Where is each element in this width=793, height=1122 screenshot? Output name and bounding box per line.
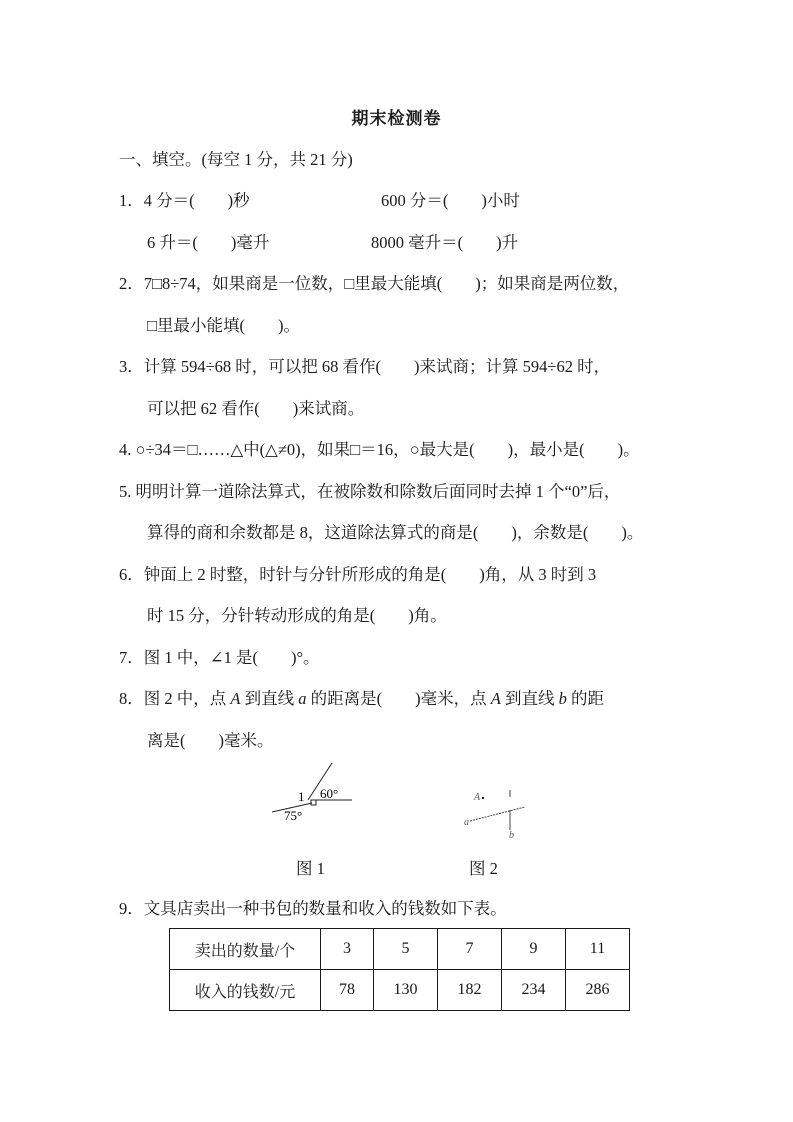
q5-line1: 5. 明明计算一道除法算式，在被除数和除数后面同时去掉 1 个“0”后， bbox=[119, 482, 620, 502]
point-a-dot bbox=[482, 797, 484, 799]
table-cell: 5 bbox=[374, 929, 438, 970]
table-cell: 78 bbox=[321, 970, 374, 1011]
figure-1-caption: 图 1 bbox=[296, 855, 325, 879]
q6-line1: 6．钟面上 2 时整，时针与分针所形成的角是( )角，从 3 时到 3 bbox=[119, 565, 596, 585]
q8-text: 到直线 bbox=[501, 689, 559, 708]
point-a-label: A bbox=[491, 689, 501, 708]
table-cell: 130 bbox=[374, 970, 438, 1011]
q8-line1: 8．图 2 中，点 A 到直线 a 的距离是( )毫米，点 A 到直线 b 的距 bbox=[119, 689, 604, 709]
q1-part-d: 8000 毫升＝( )升 bbox=[371, 233, 518, 253]
figure-1-angle-diagram: 1 60° 75° bbox=[260, 760, 370, 830]
table-row: 卖出的数量/个 3 5 7 9 11 bbox=[170, 929, 630, 970]
line-b-label: b bbox=[559, 689, 567, 708]
page-title: 期末检测卷 bbox=[0, 104, 793, 129]
table-cell: 7 bbox=[438, 929, 502, 970]
q9-line1: 9．文具店卖出一种书包的数量和收入的钱数如下表。 bbox=[119, 899, 507, 919]
table-cell: 3 bbox=[321, 929, 374, 970]
q7-line1: 7．图 1 中，∠1 是( )°。 bbox=[119, 648, 320, 668]
figure-2-lines-diagram: A a b bbox=[450, 780, 540, 840]
table-row: 收入的钱数/元 78 130 182 234 286 bbox=[170, 970, 630, 1011]
q2-line2: □里最小能填( )。 bbox=[147, 316, 300, 336]
section-heading: 一、填空。(每空 1 分，共 21 分) bbox=[119, 150, 353, 170]
q4-line1: 4. ○÷34＝□……△中(△≠0)，如果□＝16，○最大是( )，最小是( )… bbox=[119, 440, 640, 460]
q1-part-a: 1．4 分＝( )秒 bbox=[119, 191, 250, 211]
q3-line1: 3．计算 594÷68 时，可以把 68 看作( )来试商；计算 594÷62 … bbox=[119, 357, 610, 377]
table-cell: 234 bbox=[502, 970, 566, 1011]
q3-line2: 可以把 62 看作( )来试商。 bbox=[147, 399, 364, 419]
q8-text: 的距 bbox=[567, 689, 604, 708]
angle-75-label: 75° bbox=[284, 808, 302, 823]
angle-1-label: 1 bbox=[298, 789, 305, 804]
q1-part-c: 6 升＝( )毫升 bbox=[147, 233, 269, 253]
q8-text: 的距离是( )毫米，点 bbox=[306, 689, 490, 708]
line-b-label: b bbox=[509, 830, 514, 840]
point-a-label: A bbox=[230, 689, 240, 708]
q2-line1: 2．7□8÷74，如果商是一位数，□里最大能填( )；如果商是两位数， bbox=[119, 274, 629, 294]
q8-line2: 离是( )毫米。 bbox=[147, 731, 274, 751]
q5-line2: 算得的商和余数都是 8，这道除法算式的商是( )，余数是( )。 bbox=[147, 523, 643, 543]
point-a-label: A bbox=[473, 792, 481, 803]
table-cell: 182 bbox=[438, 970, 502, 1011]
table-cell: 286 bbox=[566, 970, 630, 1011]
q1-part-b: 600 分＝( )小时 bbox=[381, 191, 520, 211]
row-header: 收入的钱数/元 bbox=[170, 970, 321, 1011]
q8-text: 到直线 bbox=[240, 689, 298, 708]
table-cell: 11 bbox=[566, 929, 630, 970]
figure-2-caption: 图 2 bbox=[469, 855, 498, 879]
row-header: 卖出的数量/个 bbox=[170, 929, 321, 970]
table-cell: 9 bbox=[502, 929, 566, 970]
sales-table: 卖出的数量/个 3 5 7 9 11 收入的钱数/元 78 130 182 23… bbox=[169, 928, 630, 1011]
line-a-label: a bbox=[464, 817, 469, 828]
q6-line2: 时 15 分，分针转动形成的角是( )角。 bbox=[147, 606, 447, 626]
q8-text: 8．图 2 中，点 bbox=[119, 689, 230, 708]
angle-60-label: 60° bbox=[320, 786, 338, 801]
